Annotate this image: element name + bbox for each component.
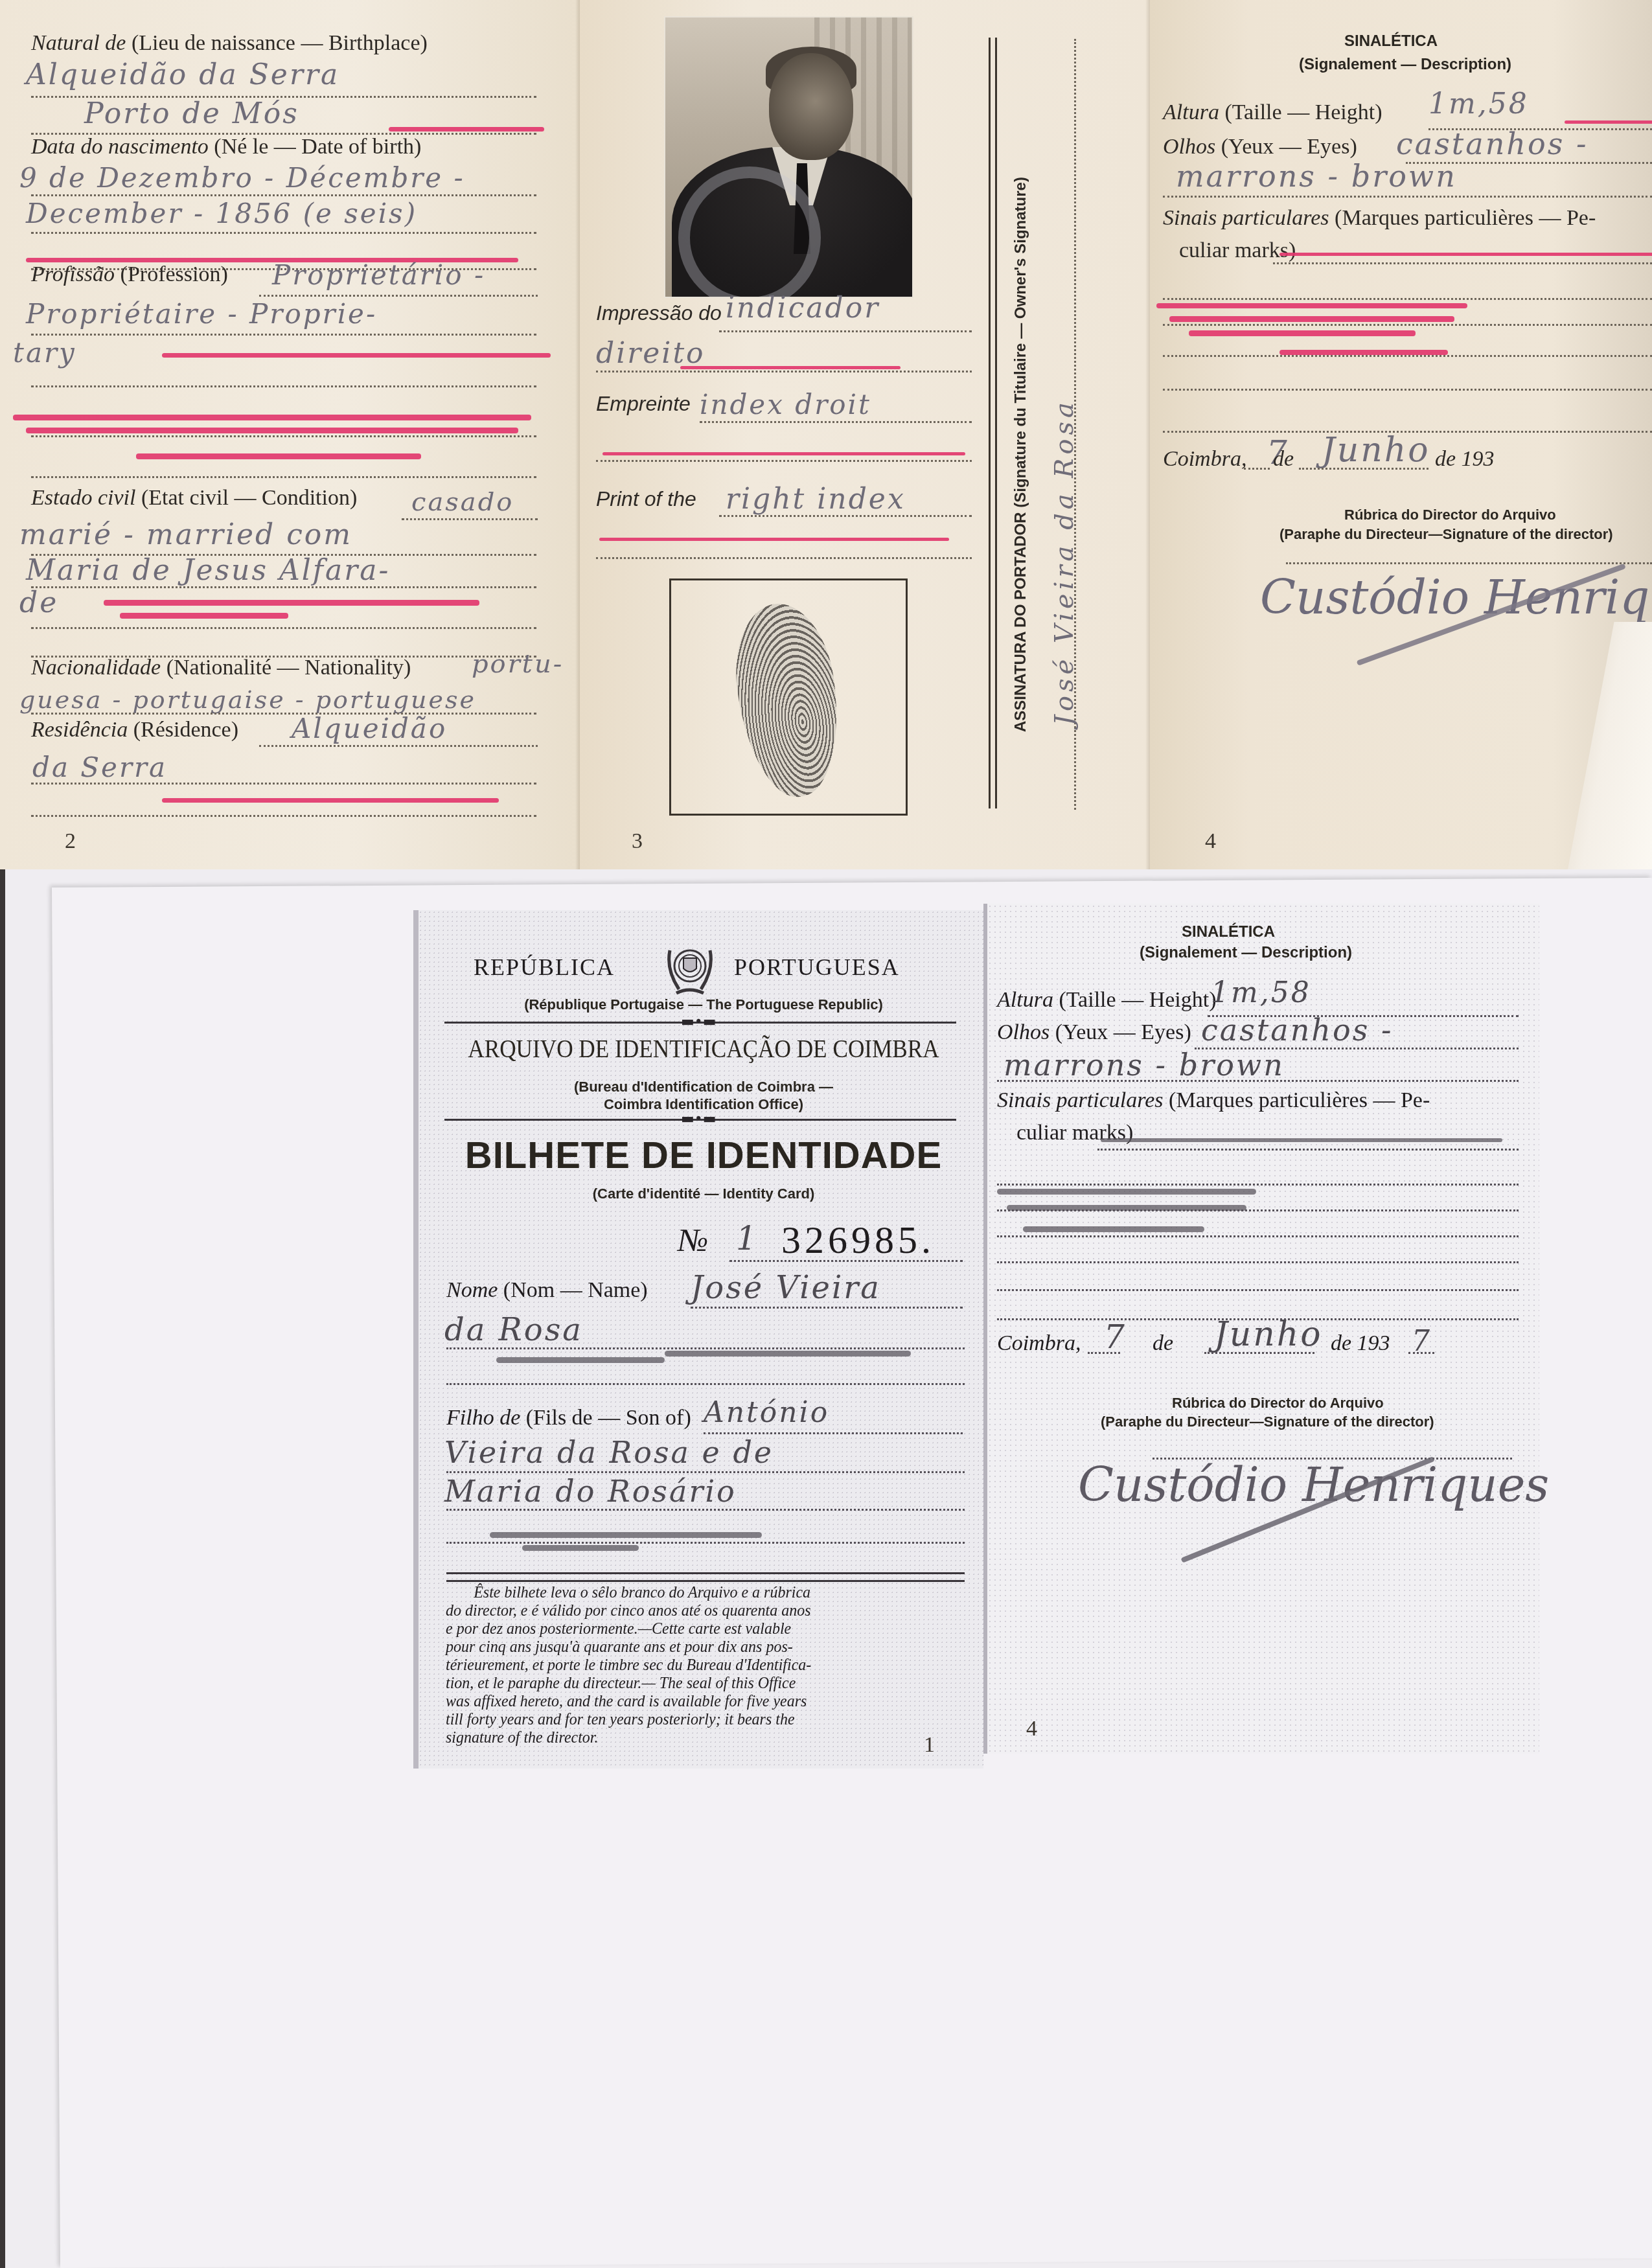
dotted-line <box>1299 468 1428 470</box>
height-value: 1m,58 <box>1211 976 1311 1009</box>
birthplace-value-line2: Porto de Mós <box>84 97 299 130</box>
number-symbol: № <box>678 1221 708 1259</box>
coat-of-arms-icon <box>663 937 717 1001</box>
page-number: 4 <box>1026 1717 1037 1741</box>
residence-value-line2: da Serra <box>32 751 167 783</box>
description-subheading: (Signalement — Description) <box>1140 944 1352 962</box>
double-rule <box>995 38 997 808</box>
pink-cancel-scribble <box>13 415 531 420</box>
dotted-line <box>1408 1352 1434 1354</box>
profession-label: Profissão (Profession) <box>31 262 228 287</box>
eyes-value-line2: marrons - brown <box>1176 159 1457 194</box>
dotted-line <box>997 1184 1519 1186</box>
dotted-line <box>1163 389 1652 391</box>
birthdate-value-line2: December - 1856 (e seis) <box>26 198 417 229</box>
profession-value-line1: Proprietário - <box>272 259 485 291</box>
validity-notice: Êste bilhete leva o sêlo branco do Arqui… <box>446 1584 943 1747</box>
civil-status-value-line1: casado <box>411 487 514 517</box>
fingerprint-image <box>726 597 849 803</box>
page-number: 3 <box>632 829 643 854</box>
pink-cancel-stroke <box>1565 120 1652 124</box>
owner-signature-label: ASSINATURA DO PORTADOR (Signature du Tit… <box>1012 177 1030 732</box>
cancel-stroke <box>1101 1138 1502 1142</box>
profession-value-line3: tary <box>13 337 76 369</box>
copy-page-1: REPÚBLICA PORTUGUESA (République Portuga… <box>413 910 983 1769</box>
original-id-booklet: Natural de (Lieu de naissance — Birthpla… <box>0 0 1652 869</box>
dotted-line <box>1097 1149 1519 1151</box>
dotted-line <box>1163 324 1652 326</box>
dotted-line <box>1286 562 1652 564</box>
pink-cancel-stroke <box>1279 253 1652 256</box>
divider-rule <box>446 1572 965 1574</box>
dotted-line <box>446 1383 965 1385</box>
dotted-line <box>719 515 972 517</box>
residence-value-line1: Alqueidão <box>292 713 447 744</box>
issue-date: Coimbra, <box>1163 447 1246 472</box>
pink-cancel-scribble <box>1279 350 1448 355</box>
eyes-label: Olhos (Yeux — Eyes) <box>1163 135 1357 159</box>
issue-city: Coimbra, <box>997 1331 1081 1356</box>
dotted-line <box>31 334 536 336</box>
nationality-value-line1: portu- <box>472 649 564 679</box>
director-sublabel: (Paraphe du Directeur—Signature of the d… <box>1279 526 1613 543</box>
page-number: 2 <box>65 829 76 854</box>
divider-rule <box>446 1580 965 1582</box>
dotted-line <box>1204 1352 1314 1354</box>
peculiar-marks-label: Sinais particulares (Marques particulièr… <box>1163 206 1596 231</box>
dotted-line <box>31 815 536 817</box>
fingerprint-value-pt-1: indicador <box>726 292 880 325</box>
dotted-line <box>704 1432 963 1434</box>
parents-value-line1: António <box>704 1396 829 1429</box>
dotted-line <box>997 1080 1519 1082</box>
profession-value-line2: Propriétaire - Proprie- <box>26 298 377 330</box>
dotted-line <box>1163 355 1652 357</box>
double-rule <box>989 38 991 808</box>
name-value-line1: José Vieira <box>691 1270 881 1306</box>
dotted-line <box>31 783 536 785</box>
card-subtitle: (Carte d'identité — Identity Card) <box>419 1186 989 1202</box>
dotted-line <box>596 460 972 462</box>
issue-de1: de <box>1273 447 1294 472</box>
fingerprint-box <box>669 578 908 816</box>
pink-cancel-stroke <box>162 353 551 358</box>
pink-cancel-stroke <box>162 798 499 803</box>
pink-cancel-scribble <box>1156 303 1467 308</box>
parents-value-line2: Vieira da Rosa e de <box>444 1435 774 1470</box>
dotted-line <box>31 627 536 629</box>
dotted-line <box>997 1235 1519 1237</box>
republic-subtitle: (République Portugaise — The Portuguese … <box>419 996 989 1013</box>
nationality-label: Nacionalidade (Nationalité — Nationality… <box>31 656 411 680</box>
dotted-line <box>31 232 536 234</box>
fingerprint-label-en: Print of the <box>596 487 696 511</box>
dotted-line <box>700 421 972 423</box>
civil-status-value-line2: marié - married com <box>19 518 352 551</box>
eyes-value-line2: marrons - brown <box>1004 1048 1285 1082</box>
description-heading: SINALÉTICA <box>1182 923 1275 941</box>
cancel-scribble <box>490 1532 762 1538</box>
dotted-line <box>997 1289 1519 1291</box>
birthdate-label: Data do nascimento (Né le — Date of birt… <box>31 135 421 159</box>
pink-cancel-scribble <box>26 428 518 433</box>
pink-cancel-scribble <box>136 453 421 459</box>
dotted-line <box>259 295 538 297</box>
cancel-scribble <box>496 1357 665 1363</box>
dotted-line <box>997 1209 1519 1211</box>
pink-cancel-scribble <box>1169 316 1454 322</box>
eyes-value-line1: castanhos - <box>1396 126 1588 161</box>
header-portuguesa: PORTUGUESA <box>734 954 900 981</box>
cancel-scribble <box>522 1545 639 1551</box>
civil-status-label: Estado civil (Etat civil — Condition) <box>31 486 357 510</box>
civil-status-value-line3: Maria de Jesus Alfara- <box>26 554 390 587</box>
dotted-line <box>31 476 536 478</box>
pink-cancel-stroke <box>602 452 965 455</box>
owner-signature: José Vieira da Rosa <box>1050 398 1079 726</box>
card-title: BILHETE DE IDENTIDADE <box>419 1134 989 1177</box>
header-republica: REPÚBLICA <box>474 954 615 981</box>
dotted-line <box>1244 468 1270 470</box>
pink-cancel-stroke <box>599 538 949 541</box>
office-title: ARQUIVO DE IDENTIFICAÇÃO DE COIMBRA <box>453 1033 954 1064</box>
pink-cancel-stroke <box>680 366 901 369</box>
name-label: Nome (Nom — Name) <box>446 1278 648 1303</box>
dotted-line <box>31 194 536 196</box>
photocopy-id-card: REPÚBLICA PORTUGUESA (République Portuga… <box>400 904 1539 1765</box>
issue-year-prefix: de 193 <box>1331 1331 1390 1356</box>
parents-value-line3: Maria do Rosário <box>444 1474 737 1509</box>
name-value-line2: da Rosa <box>444 1312 583 1348</box>
divider-ornament: ▬•▬ <box>681 1111 717 1127</box>
dotted-line <box>1088 1352 1120 1354</box>
issue-month: Junho <box>1214 1315 1323 1354</box>
dotted-line <box>596 557 972 559</box>
issue-day: 7 <box>1104 1318 1127 1356</box>
fingerprint-label-pt: Impressão do <box>596 301 722 325</box>
director-label: Rúbrica do Director do Arquivo <box>1172 1395 1384 1412</box>
description-heading: SINALÉTICA <box>1344 32 1438 51</box>
office-subtitle-1: (Bureau d'Identification de Coimbra — <box>419 1079 989 1095</box>
dotted-line <box>997 1261 1519 1263</box>
peculiar-marks-label-cont: culiar marks) <box>1179 238 1296 263</box>
page-number: 1 <box>924 1733 935 1758</box>
page-number: 4 <box>1205 829 1216 854</box>
description-subheading: (Signalement — Description) <box>1299 56 1511 74</box>
pink-cancel-scribble <box>120 613 288 619</box>
fingerprint-value-pt-2: direito <box>596 337 706 370</box>
dotted-line <box>259 745 538 747</box>
dotted-line <box>596 371 972 372</box>
issue-year-prefix: de 193 <box>1435 447 1495 472</box>
card-number: 326985. <box>781 1218 935 1263</box>
eyes-label: Olhos (Yeux — Eyes) <box>997 1020 1191 1045</box>
fingerprint-value-fr: index droit <box>700 389 871 420</box>
scanner-edge <box>0 868 5 2268</box>
issue-de1: de <box>1153 1331 1173 1356</box>
height-label: Altura (Taille — Height) <box>1163 100 1382 125</box>
height-label: Altura (Taille — Height) <box>997 988 1217 1013</box>
director-sublabel: (Paraphe du Directeur—Signature of the d… <box>1101 1414 1434 1430</box>
page-curl <box>1568 622 1652 869</box>
nationality-value-line2: guesa - portugaise - portuguese <box>19 685 476 714</box>
portrait-photo <box>664 16 913 298</box>
dotted-line <box>446 1542 965 1544</box>
fingerprint-label-fr: Empreinte <box>596 392 691 416</box>
dotted-line <box>729 1260 963 1262</box>
dotted-line <box>31 713 536 715</box>
pink-cancel-scribble <box>1189 330 1416 336</box>
dotted-line <box>31 435 536 437</box>
number-prefix: 1 <box>736 1220 759 1257</box>
dotted-line <box>1163 196 1652 198</box>
dotted-line <box>1163 298 1652 300</box>
dotted-line <box>691 1307 963 1309</box>
dotted-line <box>446 1347 965 1349</box>
pink-cancel-stroke <box>389 127 544 132</box>
parents-label: Filho de (Fils de — Son of) <box>446 1406 691 1430</box>
booklet-page-2: Natural de (Lieu de naissance — Birthpla… <box>0 0 580 869</box>
dotted-line <box>446 1471 965 1473</box>
issue-month: Junho <box>1322 431 1430 470</box>
dotted-line <box>1273 262 1652 264</box>
dotted-line <box>402 518 538 520</box>
dotted-line <box>446 1509 965 1511</box>
cancel-scribble <box>997 1189 1256 1195</box>
eyes-value-line1: castanhos - <box>1201 1013 1393 1048</box>
director-label: Rúbrica do Director do Arquivo <box>1344 507 1556 523</box>
height-value: 1m,58 <box>1428 87 1529 120</box>
pink-cancel-scribble <box>104 600 479 606</box>
residence-label: Residência (Résidence) <box>31 718 238 742</box>
dotted-line <box>31 586 536 588</box>
booklet-page-4: SINALÉTICA (Signalement — Description) A… <box>1150 0 1652 869</box>
civil-status-value-line4: de <box>19 586 58 619</box>
cancel-scribble <box>1023 1226 1204 1232</box>
copy-page-4: SINALÉTICA (Signalement — Description) A… <box>983 904 1539 1754</box>
peculiar-marks-label: Sinais particulares (Marques particulièr… <box>997 1088 1430 1113</box>
birthdate-value-line1: 9 de Dezembro - Décembre - <box>19 162 465 194</box>
birthplace-label: Natural de (Lieu de naissance — Birthpla… <box>31 31 428 56</box>
cancel-scribble <box>665 1351 911 1357</box>
divider-ornament: ▬•▬ <box>681 1014 717 1030</box>
dotted-line <box>31 385 536 387</box>
dotted-line <box>719 330 972 332</box>
fingerprint-value-en: right index <box>726 483 906 516</box>
birthplace-value-line1: Alqueidão da Serra <box>26 58 339 91</box>
